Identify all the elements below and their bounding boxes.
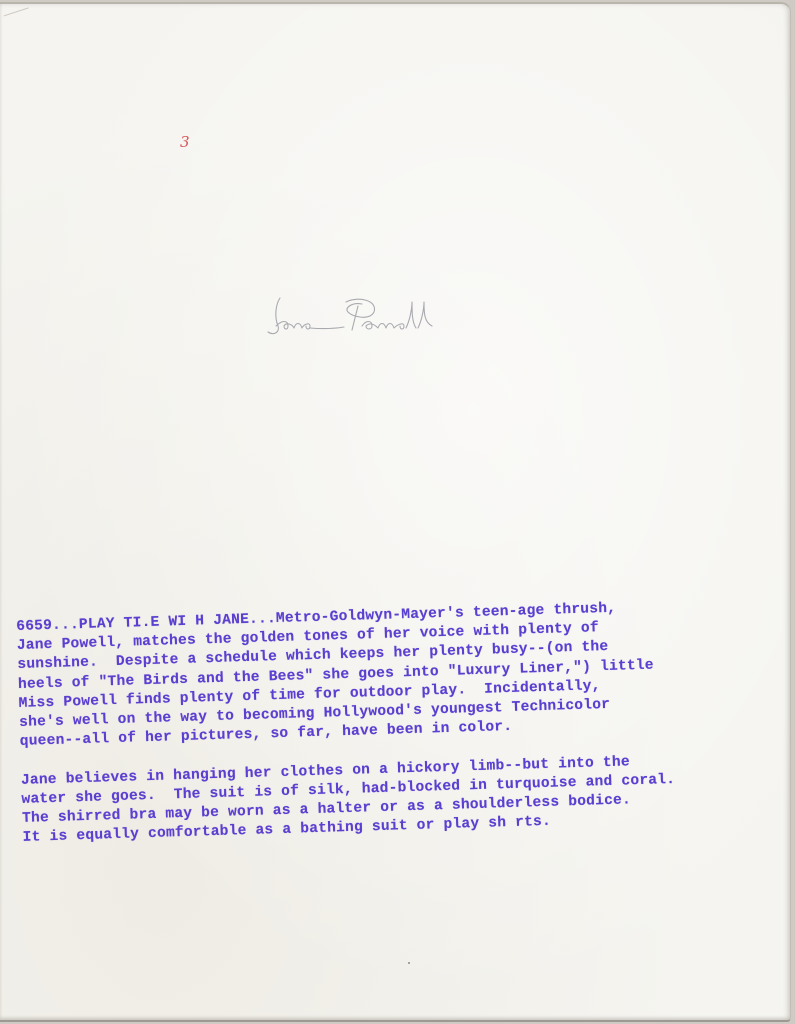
typed-caption: 6659...PLAY TI.E WI H JANE...Metro-Goldw… — [16, 595, 763, 848]
signature-scrawl-icon — [262, 290, 452, 342]
pencil-signature: Jane Powell — [262, 290, 452, 342]
caption-paragraph-1: 6659...PLAY TI.E WI H JANE...Metro-Goldw… — [16, 595, 760, 752]
paper-speck — [408, 962, 410, 964]
photo-back-sheet — [0, 2, 791, 1022]
paper-crease — [0, 0, 29, 16]
page-number: 3 — [180, 133, 190, 151]
